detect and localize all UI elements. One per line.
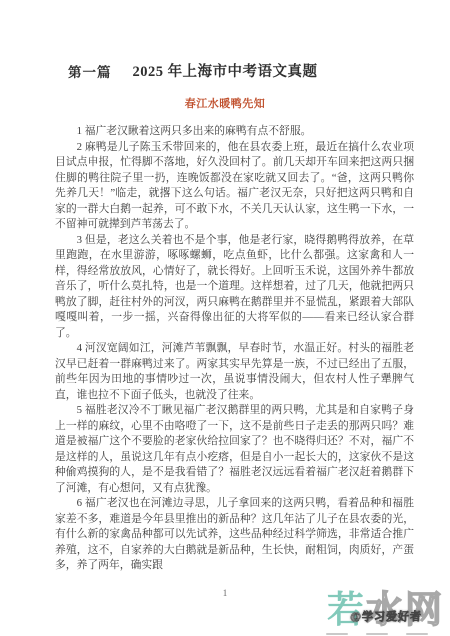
dash-mark [366,633,388,635]
watermark-underline-marks [326,633,428,635]
page-title: 2025 年上海市中考语文真题 [132,60,317,81]
paragraph: 3 但是，老这么关着也不是个事，他是老行家，晓得鹅鸭得放养，在草里跑跑，在水里游… [55,233,414,342]
paragraph: 4 河汊宽阔如江，河滩芦苇飘飘，早春时节，水温正好。村头的福胜老汉早已赶着一群麻… [55,341,414,403]
paragraph: 2 麻鸭是儿子陈玉禾带回来的，他在县农委上班，最近在搞什么农业项目试点申报，忙得… [55,140,414,233]
document-header: 第一篇 2025 年上海市中考语文真题 [0,60,450,80]
paragraph: 1 福广老汉瞅着这两只多出来的麻鸭有点不舒服。 [55,124,414,140]
dash-mark [326,633,348,635]
watermark-badge: @学习爱好者 [350,608,422,624]
passage-title: 春江水暖鸭先知 [0,95,450,111]
section-label: 第一篇 [68,61,112,81]
dash-mark [406,633,428,635]
paragraph: 6 福广老汉也在河滩边寻思，儿子拿回来的这两只鸭，看着品种和福胜家差不多，难道是… [55,496,414,574]
paragraph: 5 福胜老汉冷不丁瞅见福广老汉鹅群里的两只鸭，尤其是和自家鸭子身上一样的麻纹，心… [55,403,414,496]
body-paragraphs: 1 福广老汉瞅着这两只多出来的麻鸭有点不舒服。2 麻鸭是儿子陈玉禾带回来的，他在… [0,124,450,574]
document-page: 第一篇 2025 年上海市中考语文真题 春江水暖鸭先知 1 福广老汉瞅着这两只多… [0,0,450,636]
